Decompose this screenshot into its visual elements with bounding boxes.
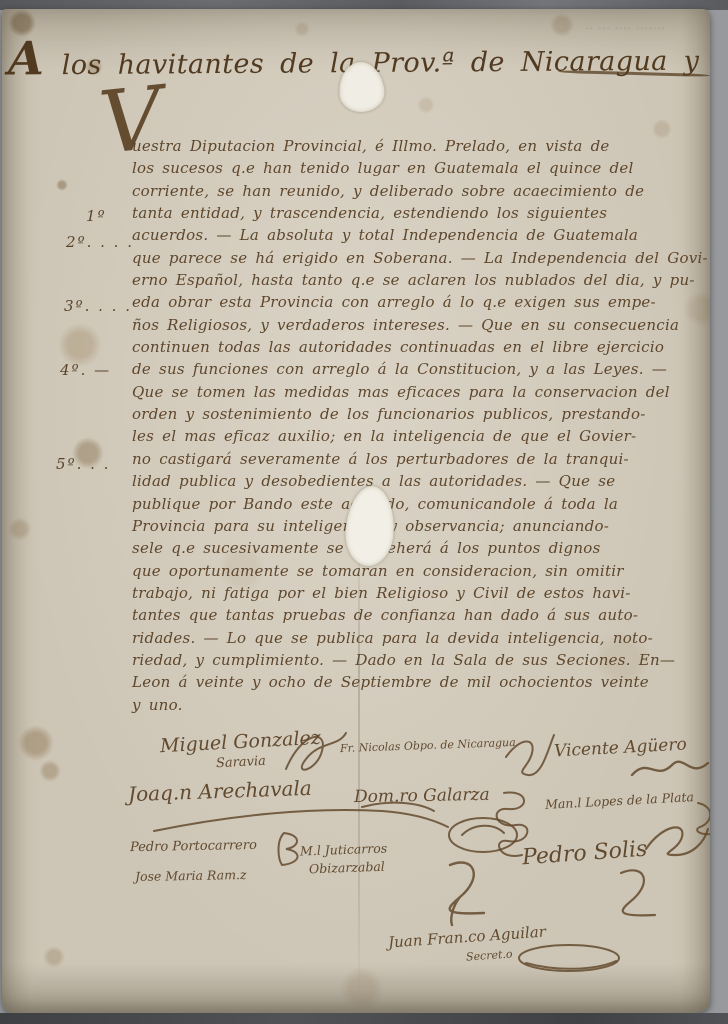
manuscript-line: lidad publica y desobedientes a las auto…: [132, 470, 710, 492]
manuscript-line: que oportunamente se tomaran en consider…: [132, 560, 710, 582]
manuscript-line: erno Español, hasta tanto q.e se aclaren…: [132, 269, 710, 291]
manuscript-line: ridades. — Lo que se publica para la dev…: [132, 627, 710, 649]
manuscript-line: sele q.e sucesivamente se proveherá á lo…: [132, 537, 710, 559]
manuscript-line: acuerdos. — La absoluta y total Independ…: [132, 224, 710, 246]
manuscript-line: uestra Diputacion Provincial, é Illmo. P…: [132, 135, 710, 157]
pencil-annotation: ·· ··· ···· ·······: [586, 25, 666, 33]
photo-backdrop: A los havitantes de la Prov.ª de Nicarag…: [0, 0, 728, 1024]
manuscript-line: tanta entidad, y trascendencia, estendie…: [132, 202, 710, 224]
manuscript-line: Provincia para su inteligencia, y observ…: [132, 515, 710, 537]
manuscript-line: trabajo, ni fatiga por el bien Religioso…: [132, 582, 710, 604]
manuscript-line: Leon á veinte y ocho de Septiembre de mi…: [132, 671, 710, 693]
margin-number-2: 2º. . . .: [66, 233, 134, 251]
rubric-solis-tail-icon: [597, 867, 662, 927]
manuscript-line: publique por Bando este acuerdo, comunic…: [132, 493, 710, 515]
manuscript-line: riedad, y cumplimiento. — Dado en la Sal…: [132, 649, 710, 671]
rubric-gonzalez-icon: [280, 725, 350, 780]
manuscript-line: orden y sostenimiento de los funcionario…: [132, 403, 710, 425]
signature-unclear-line2: Obizarzabal: [309, 859, 385, 877]
rubric-oval-icon: [444, 813, 522, 857]
margin-number-1: 1º: [86, 207, 107, 225]
manuscript-paper: A los havitantes de la Prov.ª de Nicarag…: [2, 9, 710, 1013]
manuscript-line: ños Religiosos, y verdaderos intereses. …: [132, 314, 710, 336]
signature-unclear-line1: M.l Juticarros: [300, 840, 388, 858]
rubric-portocarrero-icon: [274, 831, 306, 869]
manuscript-line: de sus funciones con arreglo á la Consti…: [132, 358, 710, 380]
margin-number-3: 3º. . . .: [64, 297, 132, 315]
manuscript-line: corriente, se han reunido, y deliberado …: [132, 180, 710, 202]
manuscript-line: y uno.: [132, 694, 710, 716]
margin-number-5: 5º. . .: [56, 455, 110, 473]
signature-gonzalez-saravia-line2: Saravia: [216, 754, 267, 772]
signature-aguilar-role: Secret.o: [466, 947, 513, 963]
manuscript-line: Que se tomen las medidas mas eficaces pa…: [132, 381, 710, 403]
manuscript-body: uestra Diputacion Provincial, é Illmo. P…: [132, 135, 710, 716]
manuscript-line: que parece se há erigido en Soberana. — …: [132, 247, 710, 269]
backdrop-bottom-edge: [0, 1013, 728, 1024]
manuscript-line: les el mas eficaz auxilio; en la intelig…: [132, 425, 710, 447]
manuscript-line: continuen todas las autoridades continua…: [132, 336, 710, 358]
margin-number-4: 4º. —: [60, 361, 111, 379]
manuscript-line: los sucesos q.e han tenido lugar en Guat…: [132, 157, 710, 179]
manuscript-line: eda obrar esta Provincia con arreglo á l…: [132, 291, 710, 313]
rubric-bishop-icon: [502, 729, 557, 779]
signature-portocarrero: Pedro Portocarrero: [130, 838, 257, 855]
signature-pedro-solis: Pedro Solis: [521, 837, 648, 871]
signature-jose-maria-ramirez: Jose Maria Ram.z: [135, 867, 247, 884]
rubric-solis-icon: [642, 819, 710, 859]
rubric-aguero-icon: [630, 755, 710, 783]
paper-crease: [358, 529, 360, 999]
signature-bishop-nicaragua: Fr. Nicolas Obpo. de Nicaragua: [340, 736, 516, 755]
signature-lopez-de-la-plata: Man.l Lopes de la Plata: [545, 789, 695, 812]
rubric-aguilar-oval-icon: [514, 941, 624, 975]
manuscript-line: tantes que tantas pruebas de confianza h…: [132, 604, 710, 626]
manuscript-line: no castigará severamente á los perturbad…: [132, 448, 710, 470]
rubric-center-icon: [422, 859, 492, 929]
